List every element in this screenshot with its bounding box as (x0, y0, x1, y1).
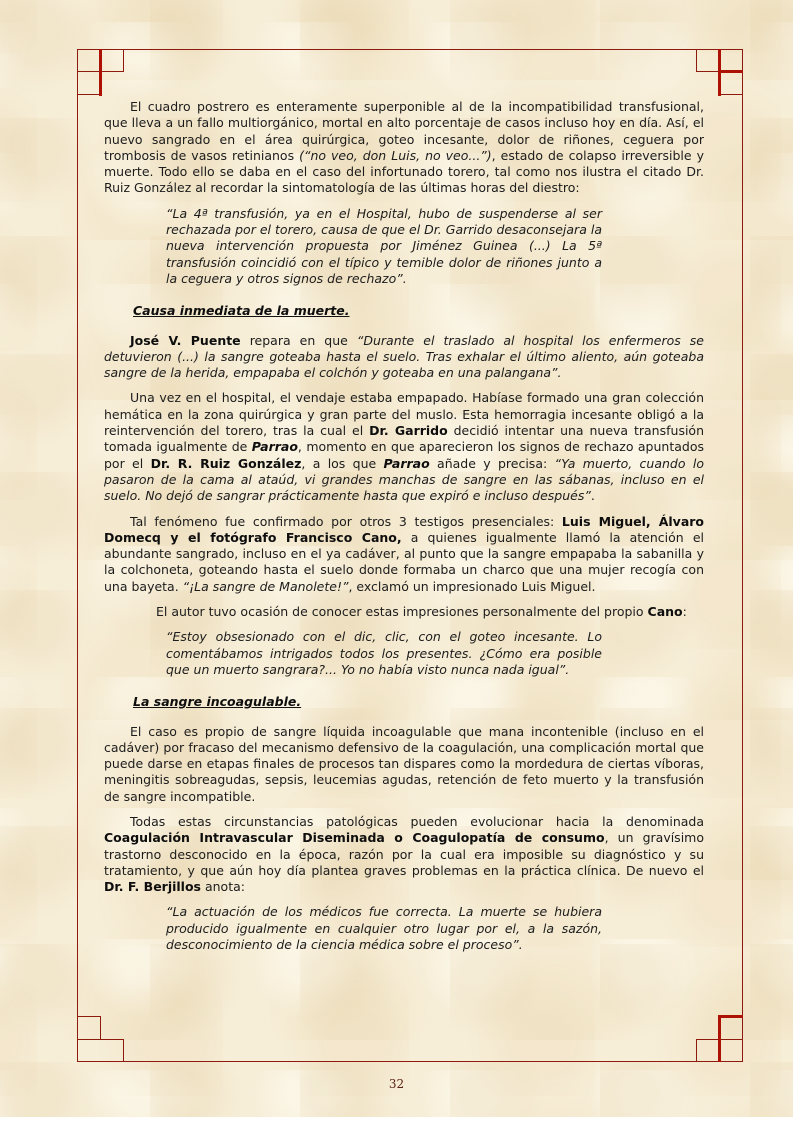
block-quote: “La actuación de los médicos fue correct… (166, 904, 602, 953)
corner-ornament-top-right-accent (718, 70, 743, 73)
text-run: Parrao (384, 456, 430, 471)
block-quote: “Estoy obsesionado con el dic, clic, con… (166, 629, 602, 678)
page-number: 32 (0, 1077, 793, 1091)
body-paragraph: Todas estas circunstancias patológicas p… (104, 814, 704, 895)
corner-ornament-bottom-right-accent (718, 1015, 743, 1018)
text-run: “Estoy obsesionado con el dic, clic, con… (166, 629, 602, 677)
text-run: Dr. Garrido (369, 423, 448, 438)
corner-ornament-top-right (719, 72, 743, 95)
corner-ornament-bottom-right-accent (718, 1015, 721, 1062)
body-paragraph: El cuadro postrero es enteramente superp… (104, 99, 704, 197)
section-heading: La sangre incoagulable. (133, 694, 704, 710)
text-run: Parrao (252, 439, 298, 454)
text-run: Causa inmediata de la muerte. (133, 303, 349, 318)
body-paragraph: Una vez en el hospital, el vendaje estab… (104, 390, 704, 504)
text-run: Dr. R. Ruiz González (151, 456, 302, 471)
document-page: El cuadro postrero es enteramente superp… (0, 0, 793, 1117)
text-run: . (591, 488, 595, 503)
text-run: repara en que (241, 333, 357, 348)
body-paragraph: Tal fenómeno fue confirmado por otros 3 … (104, 514, 704, 595)
text-run: José V. Puente (130, 333, 241, 348)
text-run: “La 4ª transfusión, ya en el Hospital, h… (166, 206, 602, 286)
corner-ornament-top-left-accent (99, 49, 102, 96)
text-run: Cano (648, 604, 683, 619)
text-run: , exclamó un impresionado Luis Miguel. (348, 579, 595, 594)
text-run: Tal fenómeno fue confirmado por otros 3 … (130, 514, 562, 529)
corner-ornament-bottom-left (77, 1039, 124, 1062)
text-run: Dr. F. Berjillos (104, 879, 201, 894)
corner-ornament-bottom-left (77, 1016, 101, 1039)
text-run: “La actuación de los médicos fue correct… (166, 904, 602, 952)
body-paragraph: José V. Puente repara en que “Durante el… (104, 333, 704, 382)
text-run: Coagulación Intravascular Diseminada o C… (104, 830, 605, 845)
section-heading: Causa inmediata de la muerte. (133, 303, 704, 319)
text-run: “¡La sangre de Manolete!” (183, 579, 349, 594)
text-run: Todas estas circunstancias patológicas p… (130, 814, 704, 829)
block-quote: “La 4ª transfusión, ya en el Hospital, h… (166, 206, 602, 287)
corner-ornament-top-left (77, 72, 101, 95)
body-paragraph: El caso es propio de sangre líquida inco… (104, 724, 704, 805)
text-run: El autor tuvo ocasión de conocer estas i… (156, 604, 648, 619)
text-run: El caso es propio de sangre líquida inco… (104, 724, 704, 804)
text-run: La sangre incoagulable. (133, 694, 301, 709)
text-run: anota: (201, 879, 245, 894)
text-run: : (683, 604, 687, 619)
page-content: El cuadro postrero es enteramente superp… (104, 99, 704, 965)
body-paragraph: El autor tuvo ocasión de conocer estas i… (104, 604, 704, 620)
text-run: (“no veo, don Luis, no veo...”) (299, 148, 492, 163)
text-run: añade y precisa: (430, 456, 555, 471)
text-run: , a los que (301, 456, 383, 471)
